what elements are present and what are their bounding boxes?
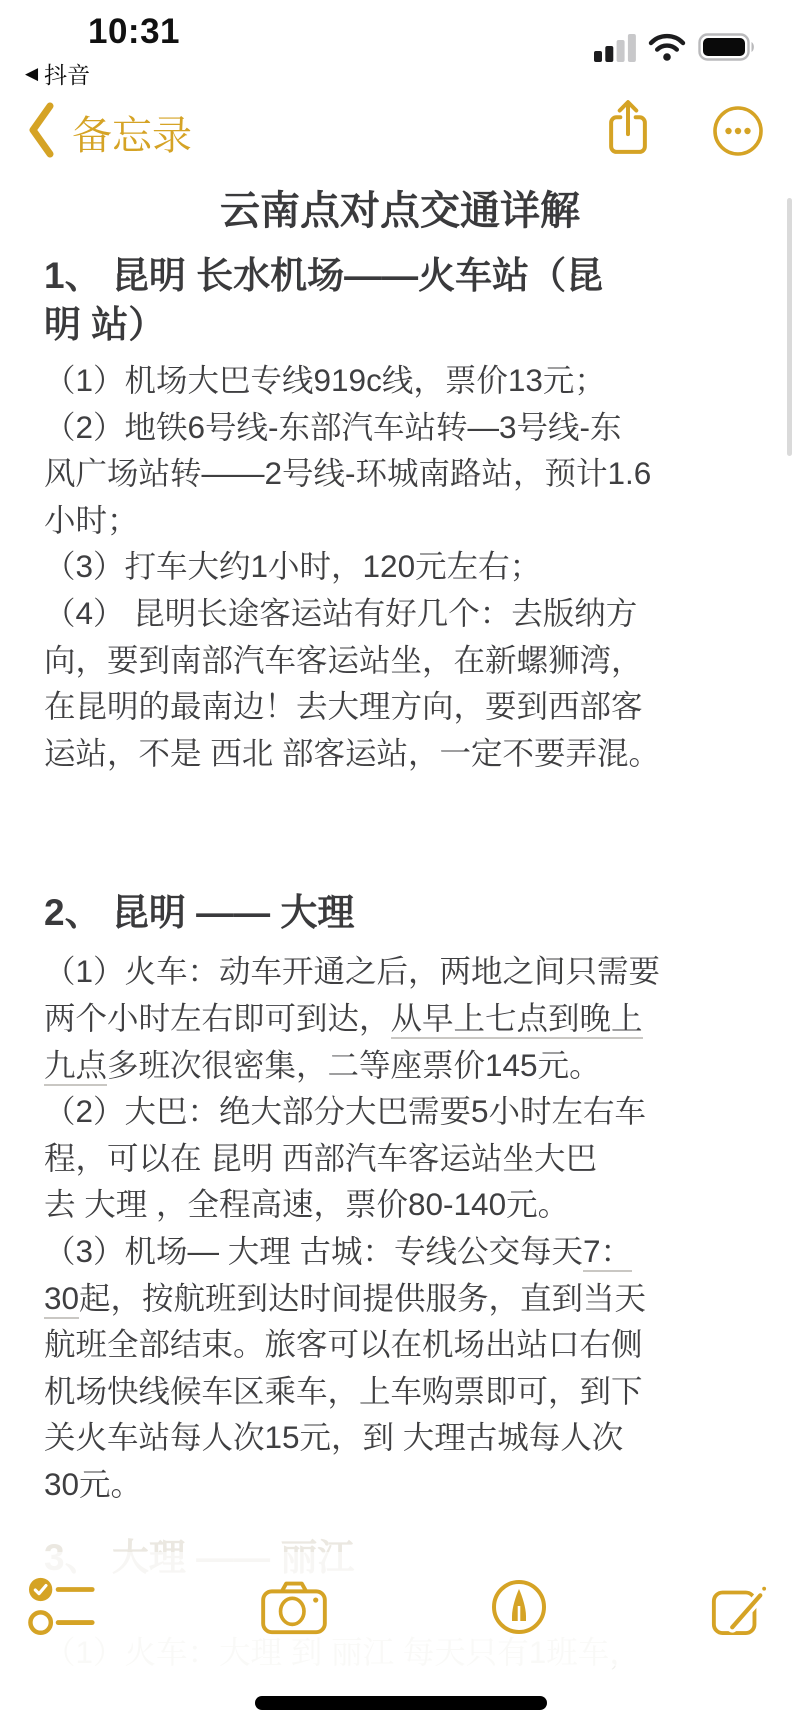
share-button[interactable] — [605, 97, 651, 164]
note-line: （4） 昆明长途客运站有好几个：去版纳方 — [44, 590, 756, 637]
note-text-segment: 去 大理 ，全程高速，票价80-140元。 — [44, 1186, 569, 1222]
note-text-segment: 在昆明的最南边！去大理方向，要到西部客 — [44, 688, 643, 724]
note-line: （3）打车大约1小时，120元左右； — [44, 543, 756, 590]
notes-app-screen: 10:31 ◀ 抖音 — [0, 0, 800, 1731]
note-text-segment: （4） 昆明长途客运站有好几个：去版纳方 — [44, 595, 637, 631]
note-text-segment: 30元。 — [44, 1466, 142, 1502]
note-text-segment: 小时； — [44, 502, 139, 538]
note-line: 向，要到南部汽车客运站坐，在新螺狮湾， — [44, 637, 756, 684]
note-text-segment: 1、 昆明 长水机场——火车站（昆 — [44, 255, 603, 296]
note-line: 机场快线候车区乘车，上车购票即可，到下 — [44, 1368, 756, 1415]
note-text-segment: （1）机场大巴专线919c线，票价13元； — [44, 362, 606, 398]
status-time: 10:31 — [88, 12, 180, 52]
checklist-icon — [28, 1573, 98, 1646]
note-line: （2）地铁6号线-东部汽车站转—3号线-东 — [44, 404, 756, 451]
note-text-segment: 起，按航班到达时间提供服务，直到当天 — [79, 1280, 646, 1316]
note-line: 在昆明的最南边！去大理方向，要到西部客 — [44, 683, 756, 730]
more-ellipsis-icon — [712, 105, 764, 162]
note-line: （2）大巴：绝大部分大巴需要5小时左右车 — [44, 1088, 756, 1135]
camera-button[interactable] — [261, 1579, 327, 1640]
note-line: 风广场站转——2号线-环城南路站，预计1.6 — [44, 450, 756, 497]
status-bar: 10:31 ◀ 抖音 — [0, 0, 800, 95]
note-text-segment: 明 站） — [44, 304, 165, 345]
note-line: 程，可以在 昆明 西部汽车客运站坐大巴 — [44, 1135, 756, 1182]
camera-icon — [261, 1579, 327, 1640]
return-to-app-button[interactable]: ◀ 抖音 — [25, 57, 90, 90]
note-line: 运站，不是 西北 部客运站，一定不要弄混。 — [44, 730, 756, 777]
note-text-segment: 7： — [583, 1233, 632, 1272]
note-text-segment: 程，可以在 昆明 西部汽车客运站坐大巴 — [44, 1140, 597, 1176]
note-line: （1）火车：动车开通之后，两地之间只需要 — [44, 948, 756, 995]
note-text-segment: 云南点对点交通详解 — [220, 189, 580, 233]
note-text-segment: （2）大巴：绝大部分大巴需要5小时左右车 — [44, 1093, 646, 1129]
back-to-notes-button[interactable]: 备忘录 — [26, 101, 192, 164]
note-line: 明 站） — [44, 300, 756, 349]
scrollbar-thumb[interactable] — [787, 198, 792, 456]
note-line: 2、 昆明 —— 大理 — [44, 888, 756, 938]
note-line: （3）机场— 大理 古城：专线公交每天7： — [44, 1228, 756, 1275]
share-icon — [605, 97, 651, 164]
bottom-toolbar — [0, 1552, 800, 1666]
more-options-button[interactable] — [712, 105, 764, 162]
note-line: 30元。 — [44, 1461, 756, 1508]
compose-button[interactable] — [710, 1578, 768, 1641]
note-text-segment: （3）机场— 大理 古城：专线公交每天 — [44, 1233, 583, 1269]
note-text-segment: 30 — [44, 1280, 79, 1319]
note-line: 两个小时左右即可到达，从早上七点到晚上 — [44, 995, 756, 1042]
note-text-segment: 2、 昆明 —— 大理 — [44, 892, 354, 933]
note-text-segment: 九点 — [44, 1047, 107, 1086]
note-line: 1、 昆明 长水机场——火车站（昆 — [44, 251, 756, 300]
return-app-label: 抖音 — [44, 57, 90, 90]
nav-bar: 备忘录 — [0, 95, 800, 175]
home-indicator[interactable] — [255, 1696, 547, 1710]
note-line: 云南点对点交通详解 — [44, 183, 756, 239]
wifi-icon — [648, 33, 686, 66]
note-text-segment: 向，要到南部汽车客运站坐，在新螺狮湾， — [44, 642, 643, 678]
back-button-label: 备忘录 — [72, 104, 192, 161]
note-text-segment: 多班次很密集，二等座票价145元。 — [107, 1047, 601, 1083]
battery-icon — [698, 33, 756, 66]
back-triangle-icon: ◀ — [25, 62, 38, 85]
markup-button[interactable] — [491, 1579, 547, 1640]
note-line: 关火车站每人次15元，到 大理古城每人次 — [44, 1414, 756, 1461]
note-text-segment: 两个小时左右即可到达， — [44, 1000, 391, 1036]
note-text-segment: （3）打车大约1小时，120元左右； — [44, 548, 541, 584]
note-line: 小时； — [44, 497, 756, 544]
note-text-segment: 从早上七点到晚上 — [391, 1000, 643, 1039]
note-text-segment: 风广场站转——2号线-环城南路站，预计1.6 — [44, 455, 651, 491]
compose-icon — [710, 1578, 768, 1641]
note-text-segment: 机场快线候车区乘车，上车购票即可，到下 — [44, 1373, 643, 1409]
status-icons — [594, 32, 756, 67]
note-text-segment: 关火车站每人次15元，到 大理古城每人次 — [44, 1419, 623, 1455]
note-line: 30起，按航班到达时间提供服务，直到当天 — [44, 1275, 756, 1322]
note-line: 航班全部结束。旅客可以在机场出站口右侧 — [44, 1321, 756, 1368]
note-text-segment: （2）地铁6号线-东部汽车站转—3号线-东 — [44, 409, 622, 445]
note-line: 九点多班次很密集，二等座票价145元。 — [44, 1042, 756, 1089]
cellular-signal-icon — [594, 32, 636, 67]
checklist-button[interactable] — [28, 1573, 98, 1646]
markup-pen-icon — [491, 1579, 547, 1640]
note-line: 去 大理 ，全程高速，票价80-140元。 — [44, 1181, 756, 1228]
note-text-segment: 运站，不是 西北 部客运站，一定不要弄混。 — [44, 735, 660, 771]
note-text-segment: （1）火车：动车开通之后，两地之间只需要 — [44, 953, 660, 989]
note-text-segment: 航班全部结束。旅客可以在机场出站口右侧 — [44, 1326, 643, 1362]
note-line: （1）机场大巴专线919c线，票价13元； — [44, 357, 756, 404]
back-chevron-icon — [26, 101, 56, 164]
note-content[interactable]: 云南点对点交通详解1、 昆明 长水机场——火车站（昆明 站）（1）机场大巴专线9… — [44, 183, 756, 1675]
